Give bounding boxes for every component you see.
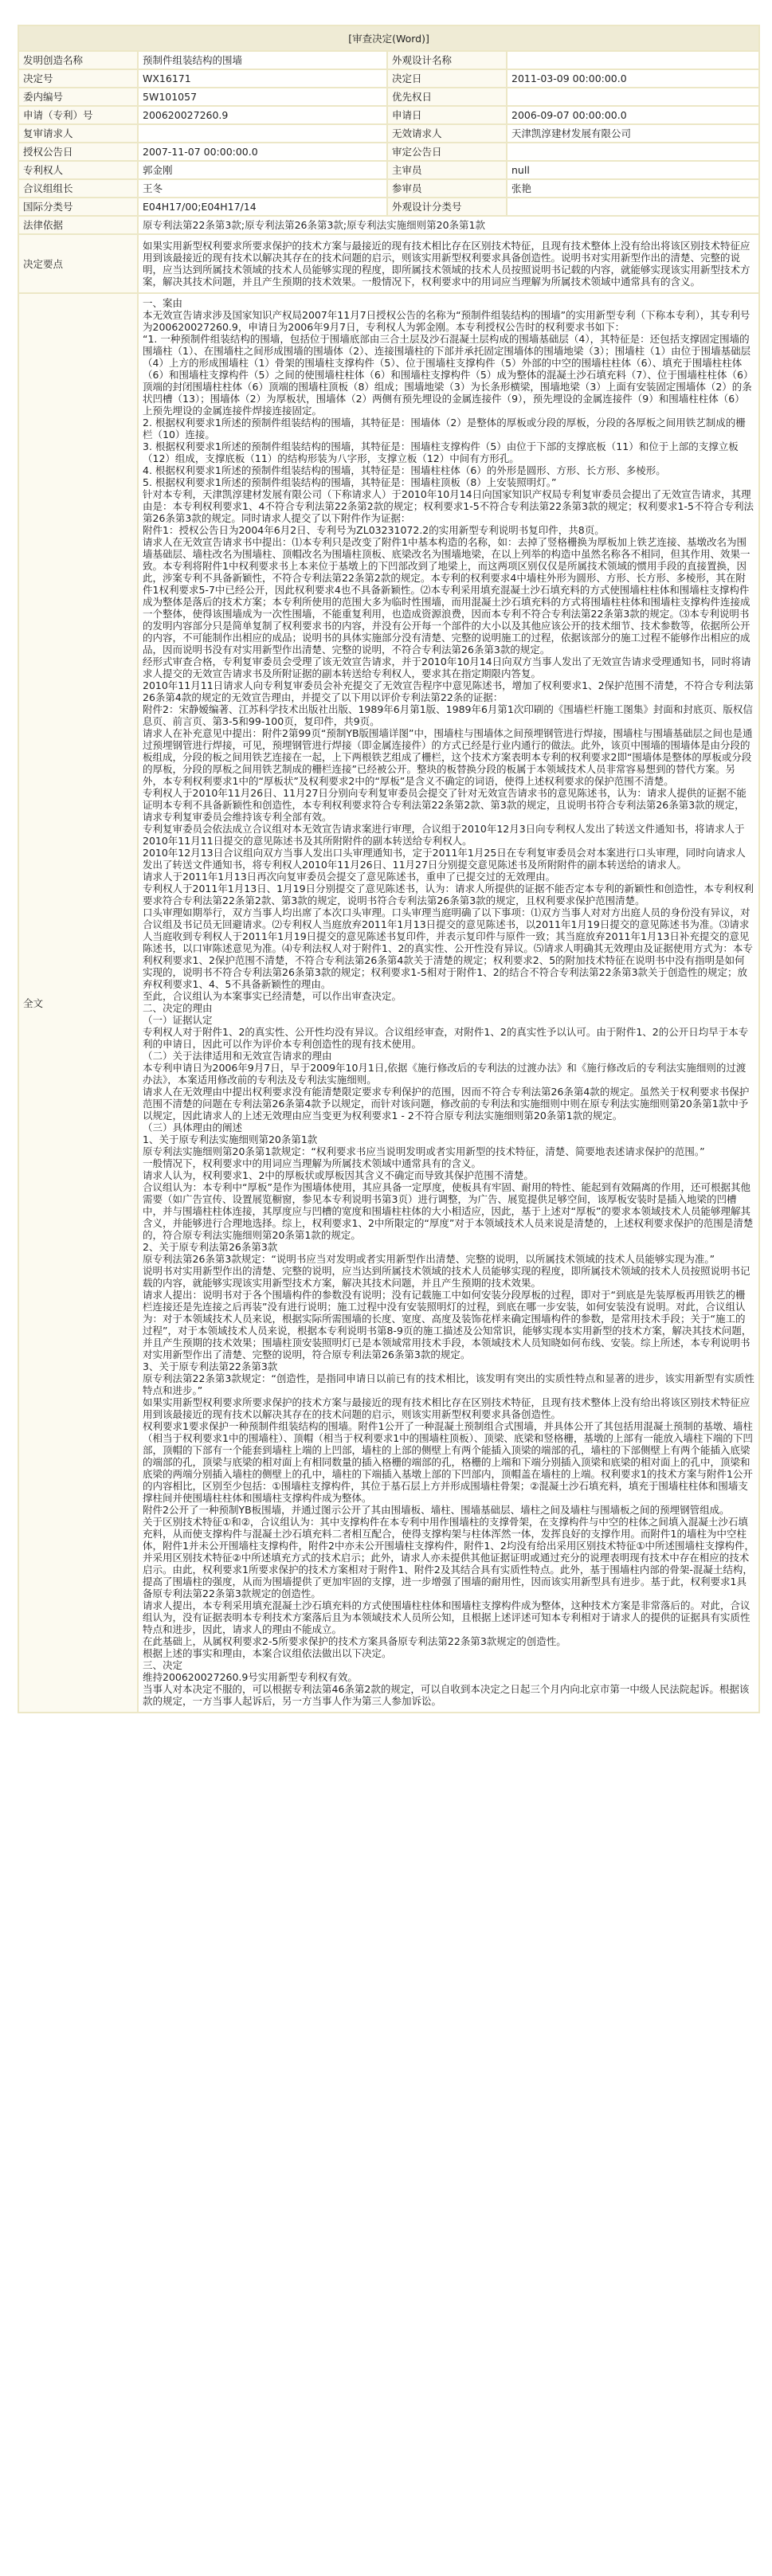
table-row: 决定要点 如果实用新型权利要求所要求保护的技术方案与最接近的现有技术相比存在区别… [18,234,759,293]
legal-basis-label: 法律依据 [18,216,138,234]
full-text-paragraph: 原专利法第26条第3款规定：“说明书应当对发明或者实用新型作出清楚、完整的说明，… [143,1253,754,1265]
full-text-paragraph: 权利要求1要求保护一种预制件组装结构的围墙。附件1公开了一种混凝土预制组合式围墙… [143,1420,754,1504]
full-text-paragraph: 附件2：宋静嫒编著、江苏科学技术出版社出版、1989年6月第1版、1989年6月… [143,703,754,727]
panel-leader-value: 王冬 [138,179,387,198]
table-row: 申请（专利）号 200620027260.9 申请日 2006-09-07 00… [18,106,759,124]
decision-no-label: 决定号 [18,69,138,88]
full-text-paragraph: 请求人在无效宣告请求书中提出：⑴本专利只是改变了附件1中基本构造的名称，如：去掉… [143,536,754,656]
invention-name-value: 预制件组装结构的围墙 [138,51,387,69]
application-no-value: 200620027260.9 [138,106,387,124]
decision-no-value: WX16171 [138,69,387,88]
decision-date-label: 决定日 [387,69,507,88]
full-text-label: 全文 [18,293,138,1713]
associate-examiner-label: 参审员 [387,179,507,198]
table-row: 决定号 WX16171 决定日 2011-03-09 00:00:00.0 [18,69,759,88]
full-text-body: 一、案由本无效宣告请求涉及国家知识产权局2007年11月7日授权公告的名称为“预… [138,293,759,1713]
full-text-paragraph: 维持200620027260.9号实用新型专利权有效。 [143,1671,754,1683]
chief-examiner-value: null [507,161,759,179]
full-text-paragraph: 专利权人于2010年11月26日、11月27日分别向专利复审委员会提交了针对无效… [143,787,754,823]
full-text-paragraph: “1. 一种预制件组装结构的围墙，包括位于围墙底部由三合土层及沙石混凝土层构成的… [143,333,754,417]
table-row: 全文 一、案由本无效宣告请求涉及国家知识产权局2007年11月7日授权公告的名称… [18,293,759,1713]
full-text-paragraph: 1、关于原专利法实施细则第20条第1款 [143,1133,754,1145]
download-word-link[interactable]: [审查决定(Word)] [348,33,429,45]
design-class-value [507,198,759,216]
table-row: 合议组组长 王冬 参审员 张艳 [18,179,759,198]
grant-pub-date-value: 2007-11-07 00:00:00.0 [138,143,387,161]
full-text-paragraph: 专利权人于2011年1月13日、1月19日分别提交了意见陈述书，认为：请求人所提… [143,883,754,906]
full-text-paragraph: 一般情况下，权利要求中的用词应当理解为所属技术领域中通常具有的含义。 [143,1157,754,1169]
full-text-paragraph: 附件2公开了一种预制YB板围墙，并通过图示公开了其由围墙板、墙柱、围墙基础层、墙… [143,1504,754,1516]
full-text-paragraph: （二）关于法律适用和无效宣告请求的理由 [143,1050,754,1062]
application-date-label: 申请日 [387,106,507,124]
full-text-paragraph: 原专利法第22条第3款规定：“创造性，是指同申请日以前已有的技术相比，该发明有突… [143,1372,754,1396]
examined-pub-date-label: 审定公告日 [387,143,507,161]
full-text-paragraph: 三、决定 [143,1659,754,1671]
full-text-paragraph: 一、案由 [143,297,754,309]
full-text-paragraph: 至此，合议组认为本案事实已经清楚，可以作出审查决定。 [143,990,754,1002]
table-row: 国际分类号 E04H17/00;E04H17/14 外观设计分类号 [18,198,759,216]
full-text-paragraph: 关于区别技术特征①和②，合议组认为：其中支撑构件在本专利中用作围墙柱的支撑骨架，… [143,1516,754,1599]
full-text-paragraph: 根据上述的事实和理由，本案合议组依法做出以下决定。 [143,1647,754,1659]
full-text-paragraph: 在此基础上，从属权利要求2-5所要求保护的技术方案具备原专利法第22条第3款规定… [143,1635,754,1647]
full-text-paragraph: 说明书对实用新型作出的清楚、完整的说明，应当达到所属技术领域的技术人员能够实现的… [143,1265,754,1289]
internal-no-value: 5W101057 [138,88,387,106]
header-cell: [审查决定(Word)] [18,25,759,51]
design-name-value [507,51,759,69]
patentee-label: 专利权人 [18,161,138,179]
full-text-paragraph: 专利复审委员会依法成立合议组对本无效宣告请求案进行审理，合议组于2010年12月… [143,823,754,847]
full-text-paragraph: 合议组认为：本专利中“厚板”是作为围墙体使用，其应具备一定厚度，使板具有牢固、耐… [143,1181,754,1241]
full-text-paragraph: 二、决定的理由 [143,1002,754,1014]
invention-name-label: 发明创造名称 [18,51,138,69]
design-class-label: 外观设计分类号 [387,198,507,216]
reexam-requester-value [138,124,387,143]
full-text-paragraph: 3、关于原专利法第22条第3款 [143,1360,754,1372]
patentee-value: 郭金刚 [138,161,387,179]
decision-table: [审查决定(Word)] 发明创造名称 预制件组装结构的围墙 外观设计名称 决定… [18,25,760,1713]
legal-basis-value: 原专利法第22条第3款;原专利法第26条第3款;原专利法实施细则第20条第1款 [138,216,759,234]
chief-examiner-label: 主审员 [387,161,507,179]
full-text-paragraph: 请求人提出：说明书对于各个围墙构件的参数没有说明；没有记载施工中如何安装分段厚板… [143,1289,754,1360]
full-text-paragraph: 2010年12月13日合议组向双方当事人发出口头审理通知书，定于2011年1月2… [143,847,754,871]
full-text-paragraph: 2、关于原专利法第26条第3款 [143,1241,754,1253]
full-text-paragraph: 经形式审查合格，专利复审委员会受理了该无效宣告请求，并于2010年10月14日向… [143,656,754,679]
full-text-paragraph: 如果实用新型权利要求所要求保护的技术方案与最接近的现有技术相比存在区别技术特征，… [143,1396,754,1420]
full-text-paragraph: 附件1：授权公告日为2004年6月2日、专利号为ZL03231072.2的实用新… [143,524,754,536]
key-points-label: 决定要点 [18,234,138,293]
full-text-paragraph: 本无效宣告请求涉及国家知识产权局2007年11月7日授权公告的名称为“预制件组装… [143,309,754,333]
priority-date-value [507,88,759,106]
header-row: [审查决定(Word)] [18,25,759,51]
full-text-paragraph: 请求人于2011年1月13日再次向复审委员会提交了意见陈述书，重申了已提交过的无… [143,871,754,883]
invalid-requester-label: 无效请求人 [387,124,507,143]
full-text-paragraph: 针对本专利，天津凯淳建材发展有限公司（下称请求人）于2010年10月14日向国家… [143,488,754,524]
full-text-paragraph: 请求人在补充意见中提出：附件2第99页“预制YB版围墙详图”中，围墙柱与围墙体之… [143,727,754,787]
associate-examiner-value: 张艳 [507,179,759,198]
full-text-paragraph: 4. 根据权利要求1所述的预制件组装结构的围墙，其特征是：围墙柱柱体（6）的外形… [143,464,754,476]
full-text-paragraphs: 一、案由本无效宣告请求涉及国家知识产权局2007年11月7日授权公告的名称为“预… [143,297,754,1707]
reexam-requester-label: 复审请求人 [18,124,138,143]
panel-leader-label: 合议组组长 [18,179,138,198]
full-text-paragraph: 本专利申请日为2006年9月7日，早于2009年10月1日,依据《施行修改后的专… [143,1062,754,1086]
priority-date-label: 优先权日 [387,88,507,106]
full-text-paragraph: 请求人提出，本专利采用填充混凝土沙石填充料的方式使围墙柱柱体和围墙柱支撑构件成为… [143,1599,754,1635]
full-text-paragraph: 当事人对本决定不服的，可以根据专利法第46条第2款的规定，可以自收到本决定之日起… [143,1683,754,1707]
full-text-paragraph: 请求人认为，权利要求1、2中的厚板状或厚板因其含义不确定而导致其保护范围不清楚。 [143,1169,754,1181]
full-text-paragraph: 5. 根据权利要求1所述的预制件组装结构的围墙，其特征是：围墙柱顶板（8）上安装… [143,476,754,488]
grant-pub-date-label: 授权公告日 [18,143,138,161]
ipc-label: 国际分类号 [18,198,138,216]
invalid-requester-value: 天津凯淳建材发展有限公司 [507,124,759,143]
table-row: 发明创造名称 预制件组装结构的围墙 外观设计名称 [18,51,759,69]
decision-date-value: 2011-03-09 00:00:00.0 [507,69,759,88]
full-text-paragraph: 口头审理如期举行，双方当事人均出席了本次口头审理。口头审理当庭明确了以下事项：⑴… [143,906,754,990]
internal-no-label: 委内编号 [18,88,138,106]
design-name-label: 外观设计名称 [387,51,507,69]
table-row: 专利权人 郭金刚 主审员 null [18,161,759,179]
key-points-value: 如果实用新型权利要求所要求保护的技术方案与最接近的现有技术相比存在区别技术特征，… [138,234,759,293]
application-date-value: 2006-09-07 00:00:00.0 [507,106,759,124]
table-row: 委内编号 5W101057 优先权日 [18,88,759,106]
ipc-value: E04H17/00;E04H17/14 [138,198,387,216]
table-row: 复审请求人 无效请求人 天津凯淳建材发展有限公司 [18,124,759,143]
full-text-paragraph: 原专利法实施细则第20条第1款规定：“权利要求书应当说明发明或者实用新型的技术特… [143,1145,754,1157]
full-text-paragraph: （一）证据认定 [143,1014,754,1026]
table-row: 法律依据 原专利法第22条第3款;原专利法第26条第3款;原专利法实施细则第20… [18,216,759,234]
full-text-paragraph: 2. 根据权利要求1所述的预制件组装结构的围墙，其特征是：围墙体（2）是整体的厚… [143,417,754,440]
examined-pub-date-value [507,143,759,161]
full-text-paragraph: 2010年11月11日请求人向专利复审委员会补充提交了无效宣告程序中意见陈述书，… [143,679,754,703]
full-text-paragraph: 专利权人对于附件1、2的真实性、公开性均没有异议。合议组经审查，对附件1、2的真… [143,1026,754,1050]
full-text-paragraph: （三）具体理由的阐述 [143,1122,754,1133]
full-text-paragraph: 请求人在无效理由中提出权利要求没有能清楚限定要求专利保护的范围，因而不符合专利法… [143,1086,754,1122]
table-row: 授权公告日 2007-11-07 00:00:00.0 审定公告日 [18,143,759,161]
application-no-label: 申请（专利）号 [18,106,138,124]
full-text-paragraph: 3. 根据权利要求1所述的预制件组装结构的围墙，其特征是：围墙柱支撑构件（5）由… [143,440,754,464]
